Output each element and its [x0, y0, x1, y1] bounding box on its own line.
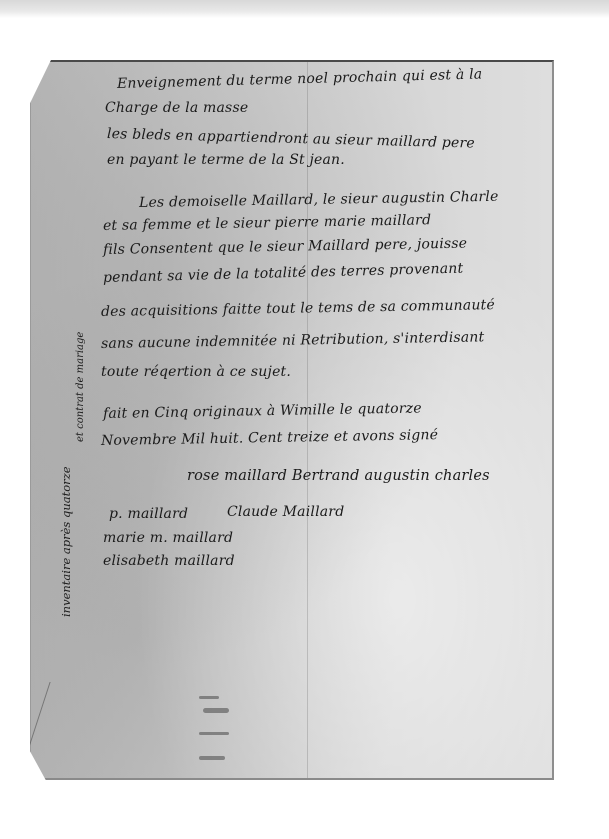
body-line: Charge de la masse	[105, 100, 248, 116]
body-line: sans aucune indemnitée ni Retribution, s…	[101, 329, 485, 352]
body-line: fils Consentent que le sieur Maillard pe…	[103, 236, 467, 258]
ink-smudge	[199, 756, 225, 760]
body-line: fait en Cinq originaux à Wimille le quat…	[103, 400, 422, 422]
body-line: toute réqertion à ce sujet.	[101, 364, 291, 380]
signature: Claude Maillard	[227, 504, 344, 520]
body-line: les bleds en appartiendront au sieur mai…	[107, 126, 475, 152]
body-line: Enveignement du terme noel prochain qui …	[117, 66, 483, 92]
margin-note: inventaire après quatorze	[59, 466, 73, 617]
body-line: pendant sa vie de la totalité des terres…	[103, 261, 464, 286]
margin-note: et contrat de mariage	[75, 332, 86, 442]
scanner-edge	[0, 0, 609, 18]
ink-smudge	[199, 696, 219, 699]
signature: marie m. maillard	[103, 530, 233, 546]
page-fold-line	[307, 62, 308, 778]
ink-smudge	[199, 732, 229, 735]
body-line: Novembre Mil huit. Cent treize et avons …	[101, 427, 438, 449]
ink-smudge	[203, 708, 229, 713]
corner-crease	[20, 682, 80, 772]
manuscript-page: Enveignement du terme noel prochain qui …	[30, 60, 554, 780]
signature: elisabeth maillard	[103, 553, 235, 569]
body-line: des acquisitions faitte tout le tems de …	[101, 297, 495, 320]
signature: p. maillard	[109, 506, 188, 522]
signature: rose maillard Bertrand augustin charles	[187, 468, 490, 484]
body-line: Les demoiselle Maillard, le sieur august…	[139, 189, 499, 211]
body-line: en payant le terme de la St jean.	[107, 152, 345, 168]
body-line: et sa femme et le sieur pierre marie mai…	[103, 212, 431, 234]
